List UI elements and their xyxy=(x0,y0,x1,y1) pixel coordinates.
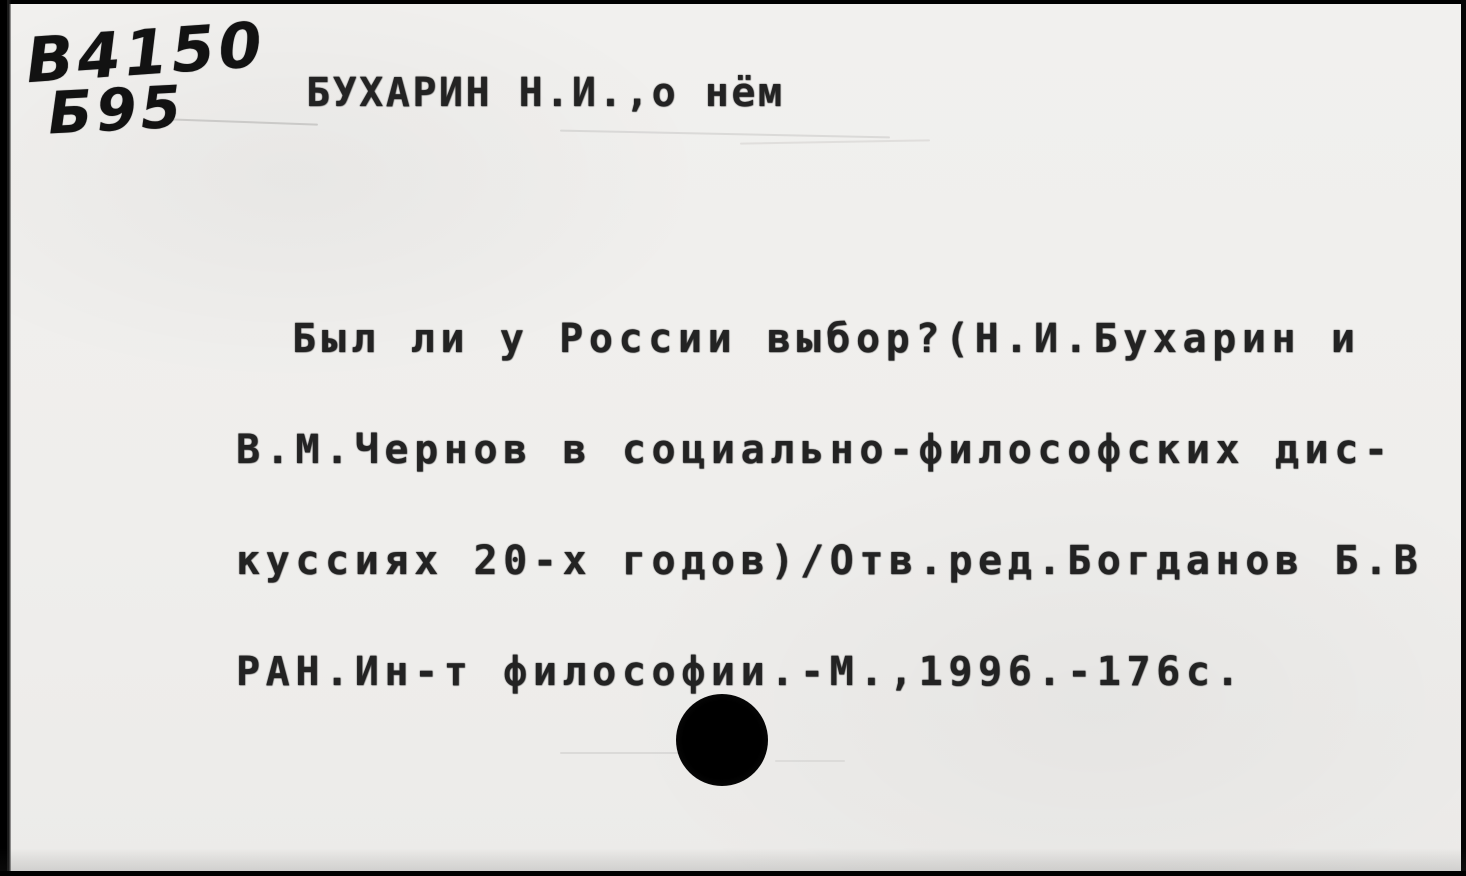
entry-line: В.М.Чернов в социально-философских дис- xyxy=(236,432,1423,469)
scan-streak xyxy=(740,139,930,144)
card-bottom-shadow xyxy=(0,848,1466,872)
scan-edge-left xyxy=(0,0,11,876)
entry-line: куссиях 20-х годов)/Отв.ред.Богданов Б.В xyxy=(236,543,1423,580)
scan-streak xyxy=(560,752,680,754)
scan-streak xyxy=(560,130,890,139)
scan-edge-top xyxy=(0,0,1466,4)
scan-streak xyxy=(775,760,845,762)
punch-hole-mark xyxy=(676,694,768,786)
call-number-bottom: Б95 xyxy=(46,72,186,147)
entry-line: Был ли у России выбор?(Н.И.Бухарин и xyxy=(236,321,1423,358)
bibliographic-entry: Был ли у России выбор?(Н.И.Бухарин и В.М… xyxy=(236,247,1423,765)
catalog-card-scan: В4150 Б95 БУХАРИН Н.И.,о нём Был ли у Ро… xyxy=(0,0,1466,876)
entry-line: РАН.Ин-т философии.-М.,1996.-176с. xyxy=(236,654,1423,691)
scan-edge-bottom xyxy=(0,871,1466,876)
scan-streak xyxy=(168,118,318,125)
scan-edge-right xyxy=(1461,0,1466,876)
card-heading: БУХАРИН Н.И.,о нём xyxy=(306,70,784,116)
